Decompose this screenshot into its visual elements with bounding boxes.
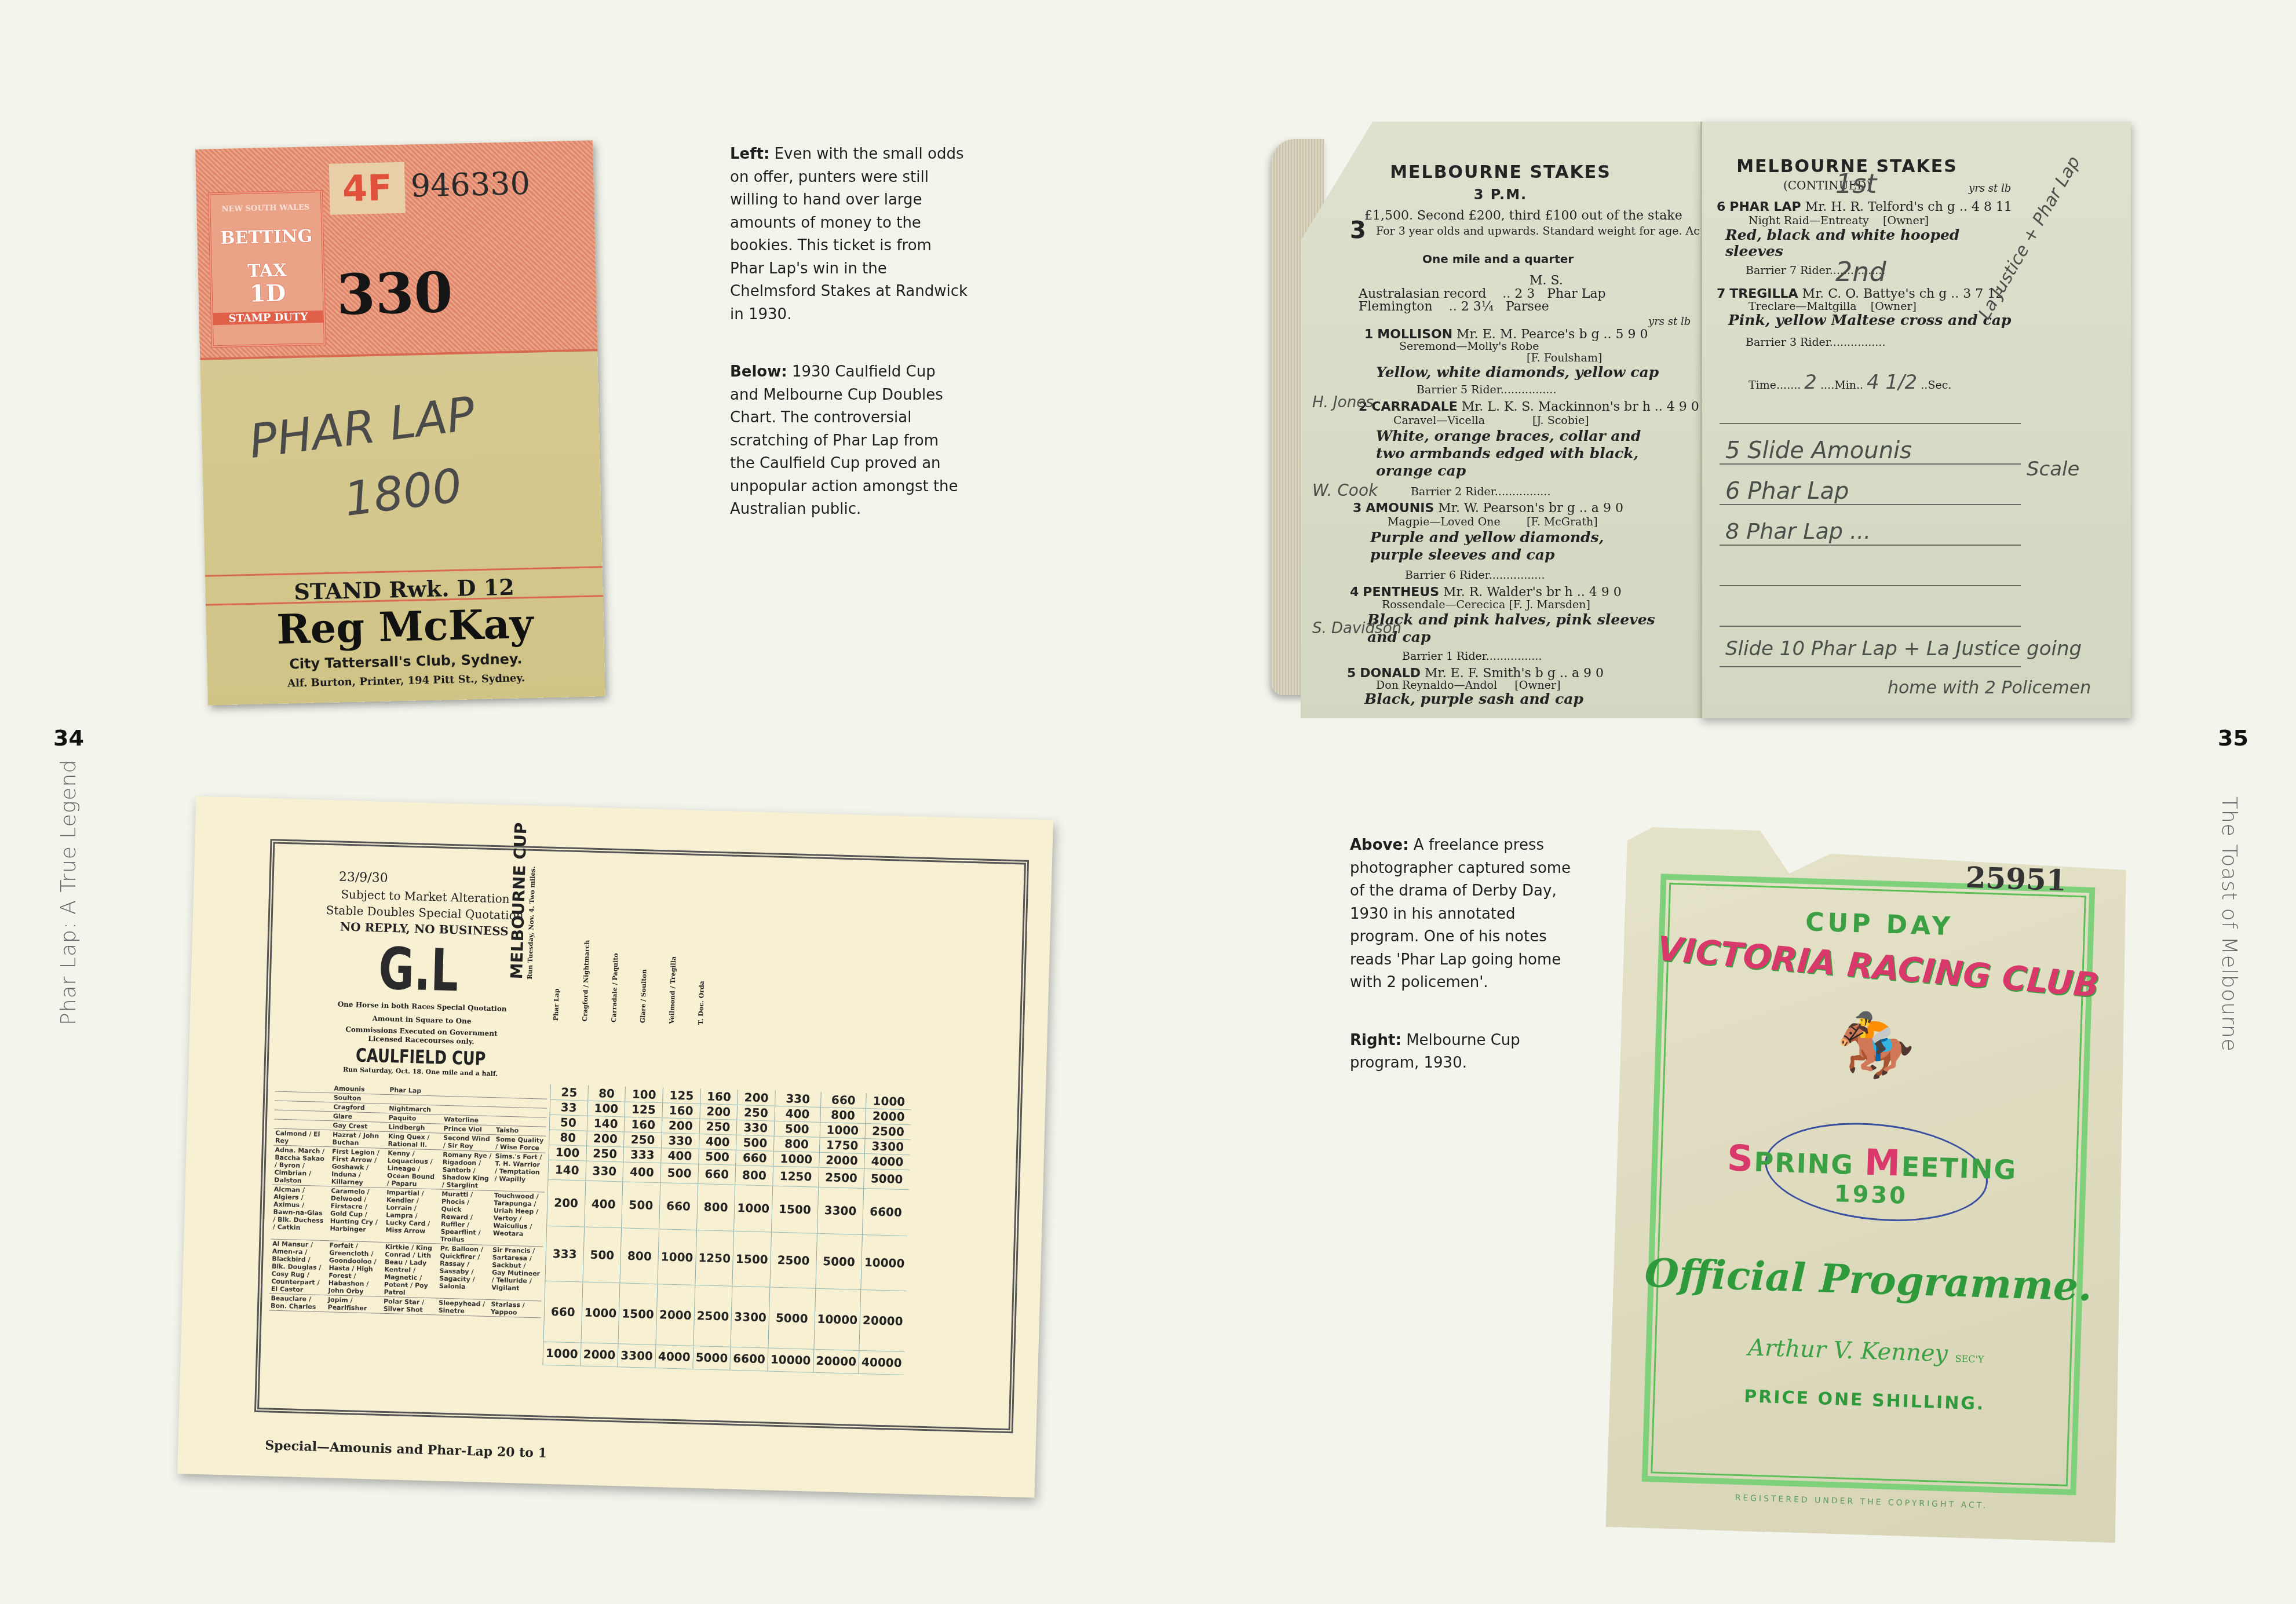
table-cell: Beauclare / Bon. Charles bbox=[269, 1294, 326, 1312]
spring-initial: S bbox=[1726, 1137, 1755, 1179]
stamp-duty: STAMP DUTY bbox=[213, 310, 323, 325]
pencil-note: La Justice + Phar Lap bbox=[1974, 153, 2085, 323]
odds-cell: 200 bbox=[547, 1179, 586, 1227]
odds-cell: 33 bbox=[550, 1099, 587, 1116]
melbourne-cup-heading: MELBOURNE CUP Run Tuesday, Nov. 4. Two m… bbox=[507, 822, 538, 980]
runner-weight: 4 9 0 bbox=[1589, 585, 1622, 600]
odds-cell: 200 bbox=[700, 1104, 738, 1120]
runner-entry: 3 AMOUNIS Mr. W. Pearson's br g .. a 9 0 bbox=[1353, 501, 1623, 516]
odds-cell: 400 bbox=[775, 1106, 820, 1122]
horse-and-jockey-icon: 🏇 bbox=[1620, 1000, 2132, 1091]
odds-cell: 660 bbox=[698, 1164, 736, 1185]
runner-breeding: Magpie—Loved One bbox=[1388, 516, 1501, 528]
ruled-line bbox=[1720, 545, 2021, 546]
odds-cell: 10000 bbox=[768, 1348, 814, 1372]
table-cell: Jopim / Pearlfisher bbox=[326, 1295, 382, 1314]
runner-breeding-text: Treclare—Maltgilla bbox=[1749, 300, 1857, 313]
pencil-minutes: 2 bbox=[1804, 371, 1817, 394]
runner-horse: TREGILLA bbox=[1729, 287, 1798, 301]
program-left-page: MELBOURNE STAKES 3 P.M. £1,500. Second £… bbox=[1301, 122, 1700, 718]
odds-cell: 660 bbox=[820, 1092, 866, 1108]
table-cell: Alcman / Algiers / Aximus / Bawn-na-Glas… bbox=[271, 1185, 329, 1241]
odds-cell: 140 bbox=[548, 1160, 586, 1181]
table-cell: Caramelo / Delwood / Firstacre / Gold Cu… bbox=[328, 1186, 385, 1243]
odds-cell: 40000 bbox=[859, 1350, 904, 1375]
table-cell: Impartial / Kendler / Lorrain / Lampra /… bbox=[384, 1188, 440, 1244]
table-cell: Forfeit / Greencloth / Goondooloo / Hast… bbox=[326, 1241, 384, 1297]
caption-right-label: Right: bbox=[1350, 1032, 1401, 1049]
odds-cell: 80 bbox=[587, 1086, 625, 1102]
runner-owner: Mr. C. O. Battye's ch g bbox=[1802, 287, 1947, 301]
chart-date: 23/9/30 bbox=[338, 869, 388, 885]
caption-below: Below: 1930 Caulfield Cup and Melbourne … bbox=[730, 361, 968, 521]
caption-right: Right: Melbourne Cup program, 1930. bbox=[1350, 1029, 1582, 1075]
pencil-note: Scale bbox=[2027, 458, 2079, 481]
table-cell: Kirtkie / King Conrad / Lith Beau / Lady… bbox=[382, 1242, 439, 1298]
runner-colors: Red, black and white hooped sleeves bbox=[1725, 227, 1980, 260]
odds-cell: 160 bbox=[700, 1088, 738, 1105]
runner-owner: Mr. L. K. S. Mackinnon's br h bbox=[1462, 400, 1651, 414]
odds-cell: 800 bbox=[696, 1183, 735, 1231]
table-cell: First Legion / First Arrow / Goshawk / I… bbox=[330, 1147, 386, 1188]
record-horse: Phar Lap bbox=[1547, 287, 1605, 301]
ticket-number: 330 bbox=[336, 260, 454, 328]
table-cell: Sleepyhead / Sinetre bbox=[437, 1298, 490, 1317]
runner-number: 4 bbox=[1350, 585, 1359, 600]
ticket-serial: 946330 bbox=[410, 165, 531, 204]
odds-cell: 50 bbox=[549, 1115, 587, 1131]
odds-cell: 5000 bbox=[815, 1233, 862, 1289]
race-distance: One mile and a quarter bbox=[1422, 252, 1574, 266]
caption-below-label: Below: bbox=[730, 363, 787, 381]
odds-cell: 5000 bbox=[864, 1168, 910, 1189]
pencil-note: H. Jones bbox=[1312, 394, 1374, 411]
odds-cell: 10000 bbox=[861, 1234, 908, 1291]
odds-cell: 500 bbox=[622, 1181, 660, 1229]
runner-entry: 2 CARRADALE Mr. L. K. S. Mackinnon's br … bbox=[1359, 400, 1699, 414]
doubles-chart-photo: 23/9/30 Subject to Market Alteration Sta… bbox=[177, 796, 1053, 1498]
odds-cell: 2000 bbox=[819, 1152, 864, 1168]
odds-cell: 100 bbox=[549, 1145, 586, 1161]
runner-trainer: [F. McGrath] bbox=[1527, 516, 1598, 528]
race-number: 3 bbox=[1350, 217, 1366, 244]
odds-cell: 330 bbox=[586, 1161, 624, 1182]
odds-cell: 250 bbox=[586, 1146, 623, 1162]
odds-cell: 800 bbox=[735, 1165, 773, 1186]
odds-cell: 100 bbox=[587, 1101, 625, 1117]
table-cell: Pr. Balloon / Quickfirer / Rassay / Sass… bbox=[437, 1244, 491, 1299]
odds-cell: 2500 bbox=[693, 1285, 733, 1347]
table-cell: Starlass / Yappoo bbox=[489, 1300, 542, 1318]
runner-barrier: Barrier 1 Rider................ bbox=[1402, 650, 1542, 663]
caption-left-text: Even with the small odds on offer, punte… bbox=[730, 145, 968, 323]
table-cell: Adna. March / Baccha Sakao / Byron / Cim… bbox=[272, 1145, 330, 1186]
odds-cell: 100 bbox=[625, 1086, 663, 1102]
runner-barrier: Barrier 6 Rider................ bbox=[1405, 569, 1545, 582]
odds-cell: 2000 bbox=[581, 1342, 619, 1366]
chart-special-footer: Special—Amounis and Phar-Lap 20 to 1 bbox=[265, 1438, 547, 1461]
pencil-note: 6 Phar Lap bbox=[1725, 478, 1849, 505]
runner-trainer: [J. Scobie] bbox=[1532, 414, 1589, 427]
odds-row: 6601000150020002500330050001000020000 bbox=[543, 1281, 906, 1351]
bookmaker-initials: G.L bbox=[378, 934, 459, 1004]
programme-serial: 25951 bbox=[1965, 860, 2067, 897]
odds-cell: 400 bbox=[584, 1181, 623, 1228]
caption-above: Above: A freelance press photographer ca… bbox=[1350, 834, 1582, 995]
caulfield-horses-table: AmounisPhar Lap Soulton CragfordNightmar… bbox=[269, 1083, 547, 1318]
runner-breeding: Treclare—Maltgilla [Owner] bbox=[1749, 300, 1917, 313]
runner-breeding: Don Reynaldo—Andol [Owner] bbox=[1376, 679, 1561, 692]
runner-number: 3 bbox=[1353, 501, 1361, 516]
odds-cell: 200 bbox=[662, 1117, 699, 1134]
stamp-state: NEW SOUTH WALES bbox=[210, 203, 320, 214]
ticket-code: 4F bbox=[329, 162, 406, 215]
odds-cell: 1250 bbox=[773, 1166, 819, 1187]
runner-trainer: [Owner] bbox=[1514, 679, 1560, 692]
odds-cell: 2500 bbox=[818, 1167, 864, 1188]
spring-rest: PRING bbox=[1754, 1146, 1865, 1181]
odds-cell: 400 bbox=[661, 1148, 699, 1164]
caption-left: Left: Even with the small odds on offer,… bbox=[730, 143, 968, 326]
odds-cell: 1000 bbox=[734, 1185, 773, 1232]
table-cell: Sims.'s Fort / T. H. Warrior / Temptatio… bbox=[492, 1152, 546, 1192]
record-time: 2 3¼ bbox=[1461, 299, 1494, 314]
records-header: M. S. bbox=[1530, 273, 1563, 288]
caption-column-left: Left: Even with the small odds on offer,… bbox=[730, 143, 968, 556]
odds-cell: 333 bbox=[545, 1226, 584, 1282]
runner-breeding-text: Rossendale—Cerecica bbox=[1382, 598, 1505, 611]
odds-cell: 330 bbox=[775, 1091, 821, 1107]
odds-cell: 2000 bbox=[656, 1284, 695, 1346]
odds-cell: 500 bbox=[583, 1227, 622, 1283]
odds-cell: 3300 bbox=[865, 1138, 911, 1154]
page-number-left: 34 bbox=[53, 725, 84, 751]
runner-trainer: [Owner] bbox=[1883, 214, 1929, 227]
odds-cell: 2500 bbox=[770, 1232, 817, 1288]
stamp-value: 1D bbox=[212, 279, 323, 308]
odds-cell: 1000 bbox=[543, 1342, 581, 1366]
caption-above-text: A freelance press photographer captured … bbox=[1350, 836, 1571, 991]
odds-cell: 800 bbox=[773, 1136, 819, 1152]
runner-weight: 5 9 0 bbox=[1616, 327, 1648, 342]
runner-barrier: Barrier 3 Rider................ bbox=[1746, 336, 1885, 349]
odds-cell: 20000 bbox=[859, 1289, 906, 1351]
runner-weight: 4 9 0 bbox=[1667, 400, 1699, 414]
runner-horse: CARRADALE bbox=[1371, 400, 1457, 414]
odds-cell: 800 bbox=[620, 1227, 659, 1284]
odds-cell: 660 bbox=[659, 1182, 698, 1230]
runner-entry: 7 TREGILLA Mr. C. O. Battye's ch g .. 3 … bbox=[1717, 287, 2003, 301]
table-row: Adna. March / Baccha Sakao / Byron / Cim… bbox=[272, 1145, 546, 1192]
odds-cell: 2500 bbox=[865, 1123, 911, 1139]
mc-column-label: Veilmond / Tregilla bbox=[668, 956, 677, 1024]
odds-cell: 80 bbox=[549, 1130, 587, 1146]
odds-cell: 200 bbox=[738, 1090, 775, 1106]
race-time-line: Time....... 2 ....Min.. 4 1/2 ..Sec. bbox=[1749, 371, 1951, 394]
odds-cell: 5000 bbox=[768, 1287, 815, 1349]
runner-colors: Purple and yellow diamonds, purple sleev… bbox=[1370, 529, 1660, 564]
ruled-line bbox=[1720, 666, 2021, 667]
odds-cell: 500 bbox=[774, 1121, 820, 1137]
odds-cell: 1500 bbox=[732, 1231, 771, 1287]
mc-column-label: Cragford / Nightmarch bbox=[581, 940, 591, 1021]
odds-cell: 1000 bbox=[581, 1282, 620, 1344]
race-time: 3 P.M. bbox=[1301, 187, 1700, 203]
odds-cell: 140 bbox=[587, 1116, 625, 1132]
runner-number: 6 bbox=[1717, 200, 1725, 214]
runner-trainer: [Owner] bbox=[1871, 300, 1917, 313]
odds-cell: 125 bbox=[625, 1101, 662, 1117]
odds-cell: 250 bbox=[737, 1105, 775, 1121]
runner-weight: a 9 0 bbox=[1591, 501, 1623, 516]
weight-col-header: yrs st lb bbox=[1969, 182, 2011, 195]
odds-cell: 25 bbox=[550, 1084, 588, 1101]
betting-ticket-photo: NEW SOUTH WALES BETTING TAX 1D STAMP DUT… bbox=[195, 140, 605, 705]
stamp-betting: BETTING bbox=[211, 228, 322, 247]
runner-owner: Mr. H. R. Telford's ch g bbox=[1805, 200, 1955, 214]
odds-cell: 500 bbox=[736, 1135, 774, 1151]
runner-horse: PHAR LAP bbox=[1729, 200, 1801, 214]
meeting-initial: M bbox=[1864, 1141, 1902, 1185]
odds-cell: 6600 bbox=[730, 1347, 768, 1371]
odds-cell: 4000 bbox=[655, 1344, 693, 1369]
pencil-note: 2nd bbox=[1835, 256, 1886, 287]
runner-breeding-text: Night Raid—Entreaty bbox=[1749, 214, 1869, 227]
odds-cell: 660 bbox=[543, 1281, 583, 1343]
table-row: Alcman / Algiers / Aximus / Bawn-na-Glas… bbox=[271, 1185, 544, 1247]
ticket-printer: Alf. Burton, Printer, 194 Pitt St., Sydn… bbox=[207, 670, 605, 692]
table-cell: Some Quality / Wise Force bbox=[494, 1135, 546, 1153]
signature-role: SEC'Y bbox=[1955, 1353, 1984, 1365]
pencil-seconds: 4 1/2 bbox=[1867, 371, 1917, 394]
annotated-program-photo: MELBOURNE STAKES 3 P.M. £1,500. Second £… bbox=[1266, 110, 2141, 741]
mc-column-label: Phar Lap bbox=[552, 988, 561, 1021]
runner-colors: Black, purple sash and cap bbox=[1364, 690, 1583, 707]
odds-cell: 400 bbox=[699, 1134, 736, 1150]
odds-cell: 1000 bbox=[866, 1093, 912, 1109]
odds-cell: 1000 bbox=[773, 1151, 819, 1167]
odds-cell: 10000 bbox=[814, 1288, 861, 1350]
runner-horse: PENTHEUS bbox=[1363, 585, 1439, 600]
ruled-line bbox=[1720, 585, 2021, 586]
odds-cell: 400 bbox=[623, 1161, 661, 1182]
odds-cell: 1000 bbox=[658, 1229, 696, 1285]
caption-left-label: Left: bbox=[730, 145, 769, 163]
record-flemington: Flemington .. 2 3¼ Parsee bbox=[1359, 299, 1549, 314]
runner-entry: 6 PHAR LAP Mr. H. R. Telford's ch g .. 4… bbox=[1717, 200, 2012, 214]
odds-cell: 1250 bbox=[695, 1230, 734, 1286]
runner-owner: Mr. R. Walder's br h bbox=[1443, 585, 1573, 600]
pencil-note: home with 2 Policemen bbox=[1888, 678, 2091, 698]
odds-cell: 2000 bbox=[866, 1108, 911, 1124]
mc-column-label: T. Doc. Orda bbox=[697, 981, 706, 1025]
record-label: Flemington bbox=[1359, 299, 1433, 314]
odds-cell: 1500 bbox=[772, 1186, 819, 1233]
runner-trainer: [F. Foulsham] bbox=[1527, 352, 1602, 364]
runner-colors: Pink, yellow Maltese cross and cap bbox=[1728, 312, 2011, 328]
pencil-note: 1st bbox=[1835, 168, 1877, 199]
odds-cell: 250 bbox=[624, 1131, 662, 1148]
pencil-note: 8 Phar Lap ... bbox=[1725, 518, 1871, 544]
odds-cell: 125 bbox=[663, 1087, 700, 1104]
pencil-note: W. Cook bbox=[1312, 481, 1378, 500]
betting-tax-stamp: NEW SOUTH WALES BETTING TAX 1D STAMP DUT… bbox=[208, 190, 326, 348]
ruled-line bbox=[1720, 423, 2021, 424]
odds-cell: 660 bbox=[736, 1150, 773, 1166]
runner-owner: Mr. W. Pearson's br g bbox=[1438, 501, 1575, 516]
running-head-left: Phar Lap: A True Legend bbox=[57, 759, 81, 1025]
odds-cell: 333 bbox=[623, 1146, 661, 1163]
odds-cell: 330 bbox=[662, 1132, 699, 1149]
runner-colors: Yellow, white diamonds, yellow cap bbox=[1376, 364, 1659, 381]
odds-cell: 1500 bbox=[618, 1283, 658, 1344]
runner-number: 1 bbox=[1364, 327, 1373, 342]
running-head-right: The Toast of Melbourne bbox=[2217, 796, 2241, 1052]
odds-cell: 200 bbox=[586, 1131, 624, 1147]
odds-cell: 3300 bbox=[731, 1286, 770, 1348]
runner-colors: White, orange braces, collar and two arm… bbox=[1376, 428, 1666, 480]
program-right-page: MELBOURNE STAKES (CONTINUED) yrs st lb 6… bbox=[1700, 122, 2131, 718]
race-prize: £1,500. Second £200, third £100 out of t… bbox=[1364, 209, 1682, 223]
ticket-bookmaker: Reg McKay bbox=[206, 598, 604, 655]
odds-cell: 500 bbox=[660, 1163, 699, 1183]
runner-entry: 4 PENTHEUS Mr. R. Walder's br h .. 4 9 0 bbox=[1350, 585, 1622, 600]
table-cell: Hazrat / John Buchan bbox=[330, 1130, 386, 1149]
table-cell: King Quex / Rational II. bbox=[386, 1131, 441, 1150]
table-cell: Polar Star / Silver Shot bbox=[382, 1296, 437, 1315]
table-cell: Touchwood / Tarapunga / Uriah Heep / Ver… bbox=[491, 1191, 544, 1247]
odds-cell: 160 bbox=[662, 1102, 700, 1119]
runner-number: 5 bbox=[1347, 666, 1356, 681]
table-row: Al Mansur / Amen-ra / Blackbird / Blk. D… bbox=[269, 1239, 543, 1301]
odds-cell: 1750 bbox=[819, 1137, 865, 1153]
stamp-tax: TAX bbox=[212, 261, 323, 281]
runner-breeding-text: Don Reynaldo—Andol bbox=[1376, 679, 1497, 692]
pencil-note: Slide 10 Phar Lap + La Justice going bbox=[1725, 637, 2082, 660]
runner-weight: a 9 0 bbox=[1572, 666, 1604, 681]
caption-column-right: Above: A freelance press photographer ca… bbox=[1350, 834, 1582, 1110]
table-cell: Muratti / Phocis / Quick Reward / Ruffle… bbox=[439, 1189, 492, 1245]
runner-weight: 4 8 11 bbox=[1972, 200, 2012, 214]
runner-breeding: Night Raid—Entreaty [Owner] bbox=[1749, 214, 1929, 227]
odds-cell: 330 bbox=[737, 1120, 775, 1136]
meeting-rest: EETING bbox=[1901, 1151, 2017, 1186]
odds-cell: 5000 bbox=[693, 1346, 731, 1370]
runner-barrier: Barrier 5 Rider................ bbox=[1417, 383, 1556, 396]
odds-cell: 1000 bbox=[820, 1122, 866, 1138]
runner-breeding: Rossendale—Cerecica [F. J. Marsden] bbox=[1382, 598, 1590, 611]
odds-cell: 250 bbox=[699, 1119, 737, 1135]
mc-column-label: Carradale / Paquito bbox=[610, 953, 619, 1022]
sec-label: Sec. bbox=[1928, 379, 1951, 392]
odds-cell: 20000 bbox=[813, 1349, 859, 1373]
table-cell: Kenny / Loquacious / Lineage / Ocean Bou… bbox=[385, 1148, 441, 1189]
table-cell: Second Wind / Sir Roy bbox=[441, 1133, 494, 1152]
weight-col-header: yrs st lb bbox=[1648, 316, 1691, 328]
pencil-note: S. Davidson bbox=[1312, 620, 1401, 637]
odds-cell: 6600 bbox=[863, 1188, 909, 1236]
runner-colors: Black and pink halves, pink sleeves and … bbox=[1367, 611, 1657, 646]
odds-cell: 160 bbox=[625, 1116, 662, 1132]
caption-above-label: Above: bbox=[1350, 836, 1409, 854]
ticket-handwriting: PHAR LAP 1800 bbox=[245, 370, 566, 580]
runner-breeding: Seremond—Molly's Robe bbox=[1399, 340, 1539, 353]
table-cell: Al Mansur / Amen-ra / Blackbird / Blk. D… bbox=[269, 1239, 328, 1295]
odds-cell: 800 bbox=[820, 1107, 866, 1123]
vrc-programme-photo: 25951 CUP DAY VICTORIA RACING CLUB 🏇 SPR… bbox=[1605, 826, 2137, 1543]
time-label: Time bbox=[1749, 379, 1776, 392]
caption-below-text: 1930 Caulfield Cup and Melbourne Cup Dou… bbox=[730, 363, 958, 518]
odds-cell: 3300 bbox=[618, 1343, 656, 1368]
table-cell: Romany Rye / Rigadoon / Santorb / Shadow… bbox=[440, 1150, 494, 1190]
runner-barrier: Barrier 2 Rider................ bbox=[1411, 485, 1550, 498]
runner-breeding: Caravel—Vicella bbox=[1393, 414, 1485, 427]
runner-number: 7 bbox=[1717, 287, 1725, 301]
pencil-note: 5 Slide Amounis bbox=[1725, 437, 1912, 464]
odds-cell: 3300 bbox=[817, 1187, 864, 1234]
odds-table: 25801001251602003306601000 3310012516020… bbox=[542, 1084, 911, 1375]
runner-trainer: [F. J. Marsden] bbox=[1509, 598, 1590, 611]
odds-cell: 4000 bbox=[864, 1153, 910, 1170]
odds-row: 3335008001000125015002500500010000 bbox=[545, 1226, 908, 1291]
min-label: Min bbox=[1834, 379, 1856, 392]
page-number-right: 35 bbox=[2218, 725, 2248, 751]
record-horse: Parsee bbox=[1506, 299, 1549, 314]
mc-column-label: Glare / Soulton bbox=[639, 969, 648, 1023]
runner-horse: AMOUNIS bbox=[1366, 501, 1434, 516]
ruled-line bbox=[1720, 626, 2021, 627]
table-cell: Sir Francis / Sartaresa / Sackbut / Gay … bbox=[490, 1245, 543, 1301]
table-cell: Calmond / El Rey bbox=[273, 1128, 331, 1147]
odds-cell: 500 bbox=[698, 1149, 736, 1165]
